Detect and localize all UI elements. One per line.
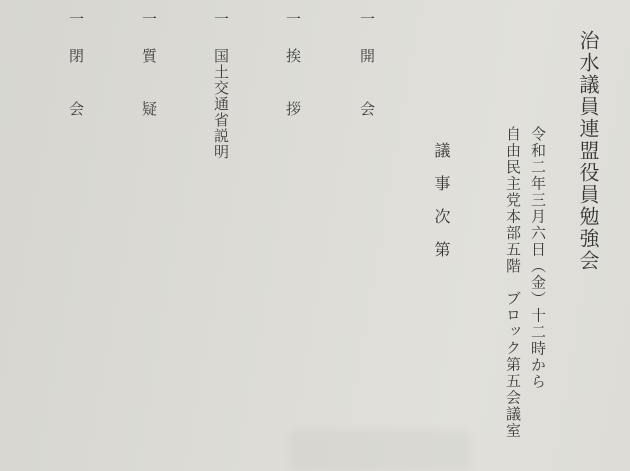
agenda-item-closing: 一 閉会 xyxy=(66,10,87,154)
agenda-item-label: 質疑 xyxy=(139,48,160,154)
agenda-item-opening: 一 開会 xyxy=(357,10,378,154)
agenda-bullet: 一 xyxy=(360,10,375,28)
document-title: 治水議員連盟役員勉強会 xyxy=(574,30,603,272)
meeting-date: 令和二年三月六日（金）十二時から xyxy=(528,126,549,390)
agenda-item-qa: 一 質疑 xyxy=(139,10,160,154)
agenda-item-label: 挨拶 xyxy=(283,48,304,154)
paper-shadow xyxy=(290,430,470,471)
agenda-bullet: 一 xyxy=(286,10,301,28)
agenda-item-label: 閉会 xyxy=(66,48,87,154)
agenda-bullet: 一 xyxy=(142,10,157,28)
agenda-bullet: 一 xyxy=(69,10,84,28)
meeting-place: 自由民主党本部五階ブロック第五会議室 xyxy=(503,126,524,439)
meeting-building: 自由民主党本部五階 xyxy=(504,126,522,275)
agenda-item-greeting: 一 挨拶 xyxy=(283,10,304,154)
meeting-room: ブロック第五会議室 xyxy=(504,291,522,440)
agenda-item-label: 開会 xyxy=(357,48,378,154)
agenda-item-label: 国土交通省説明 xyxy=(211,48,232,160)
agenda-bullet: 一 xyxy=(214,10,229,28)
agenda-heading: 議事次第 xyxy=(430,142,453,274)
agenda-item-mlit-explanation: 一 国土交通省説明 xyxy=(211,10,232,160)
